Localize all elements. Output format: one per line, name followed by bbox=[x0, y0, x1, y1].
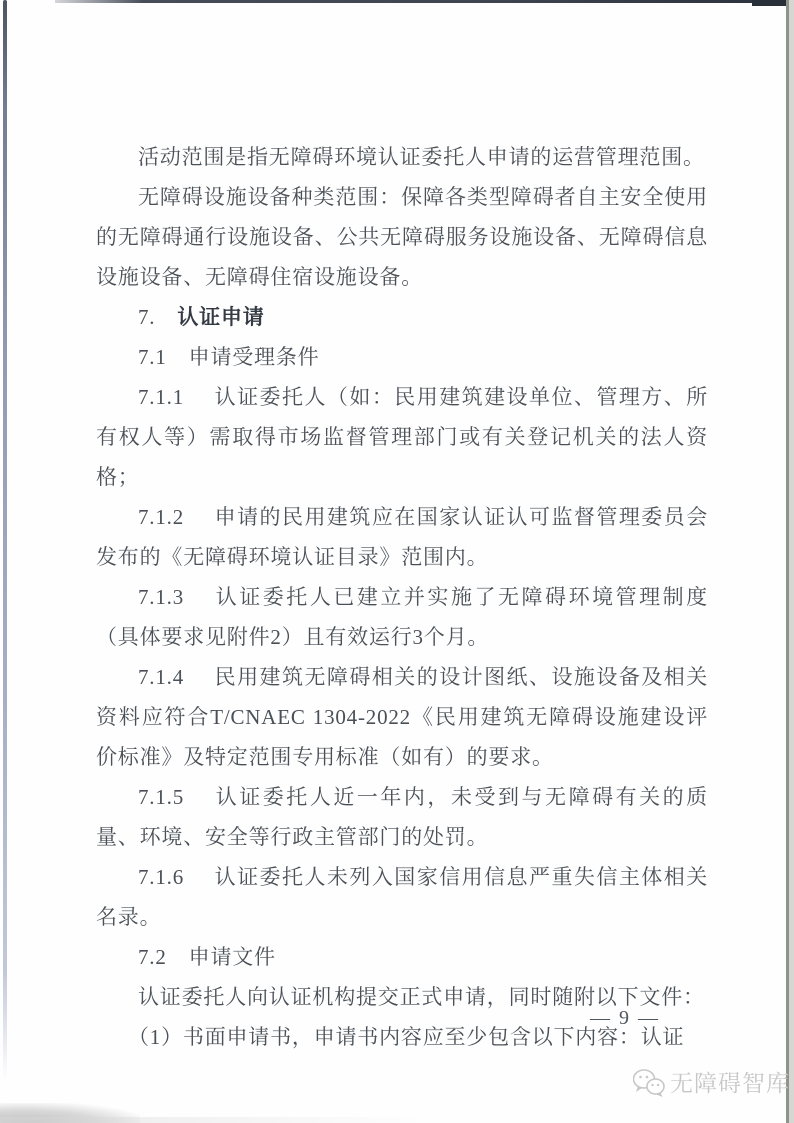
paragraph-text: 认证委托人（如：民用建筑建设单位、管理方、所有权人等）需取得市场监督管理部门或有… bbox=[96, 385, 708, 489]
scanned-document-page: 活动范围是指无障碍环境认证委托人申请的运营管理范围。无障碍设施设备种类范围：保障… bbox=[0, 0, 794, 1123]
paragraph: 7.1.3认证委托人已建立并实施了无障碍环境管理制度（具体要求见附件2）且有效运… bbox=[96, 577, 708, 657]
page-number: — 9 — bbox=[0, 1004, 660, 1032]
paragraph: 7.2申请文件 bbox=[96, 937, 708, 977]
paragraph-text: 认证委托人未列入国家信用信息严重失信主体相关名录。 bbox=[96, 865, 708, 929]
section-number: 7.2 bbox=[138, 945, 167, 969]
paragraph-text: 无障碍设施设备种类范围：保障各类型障碍者自主安全使用的无障碍通行设施设备、公共无… bbox=[96, 185, 708, 289]
watermark: 无障碍智库 bbox=[633, 1066, 790, 1100]
watermark-label: 无障碍智库 bbox=[670, 1066, 790, 1100]
paragraph: 活动范围是指无障碍环境认证委托人申请的运营管理范围。 bbox=[96, 137, 708, 177]
chat-bubbles-icon bbox=[633, 1068, 665, 1098]
paragraph: 7.1.5认证委托人近一年内，未受到与无障碍有关的质量、环境、安全等行政主管部门… bbox=[96, 777, 708, 857]
section-number: 7.1.2 bbox=[138, 505, 184, 529]
scan-strip-right bbox=[789, 0, 794, 1123]
paragraph: 7.1.6认证委托人未列入国家信用信息严重失信主体相关名录。 bbox=[96, 857, 708, 937]
paragraph: 7.1申请受理条件 bbox=[96, 337, 708, 377]
paragraph: 7.1.4民用建筑无障碍相关的设计图纸、设施设备及相关资料应符合T/CNAEC … bbox=[96, 657, 708, 777]
section-number: 7. bbox=[138, 305, 155, 329]
section-number: 7.1.5 bbox=[138, 785, 184, 809]
paragraph-text: 申请受理条件 bbox=[189, 345, 320, 369]
section-number: 7.1 bbox=[138, 345, 167, 369]
paragraph-text: 民用建筑无障碍相关的设计图纸、设施设备及相关资料应符合T/CNAEC 1304-… bbox=[96, 665, 708, 769]
section-number: 7.1.6 bbox=[138, 865, 184, 889]
section-number: 7.1.4 bbox=[138, 665, 184, 689]
paragraph: 7.1.1认证委托人（如：民用建筑建设单位、管理方、所有权人等）需取得市场监督管… bbox=[96, 377, 708, 497]
paragraph-text: 认证申请 bbox=[177, 305, 264, 329]
paragraph-text: 申请文件 bbox=[189, 945, 276, 969]
document-body: 活动范围是指无障碍环境认证委托人申请的运营管理范围。无障碍设施设备种类范围：保障… bbox=[96, 137, 708, 1057]
paragraph-text: 认证委托人已建立并实施了无障碍环境管理制度（具体要求见附件2）且有效运行3个月。 bbox=[96, 585, 708, 649]
section-heading: 7.认证申请 bbox=[96, 297, 708, 337]
section-number: 7.1.1 bbox=[138, 385, 184, 409]
paragraph: 无障碍设施设备种类范围：保障各类型障碍者自主安全使用的无障碍通行设施设备、公共无… bbox=[96, 177, 708, 297]
paragraph-text: 申请的民用建筑应在国家认证认可监督管理委员会发布的《无障碍环境认证目录》范围内。 bbox=[96, 505, 708, 569]
scan-edge-top bbox=[55, 0, 794, 3]
paragraph: 7.1.2申请的民用建筑应在国家认证认可监督管理委员会发布的《无障碍环境认证目录… bbox=[96, 497, 708, 577]
paragraph-text: 活动范围是指无障碍环境认证委托人申请的运营管理范围。 bbox=[138, 145, 705, 169]
section-number: 7.1.3 bbox=[138, 585, 184, 609]
paragraph-text: 认证委托人近一年内，未受到与无障碍有关的质量、环境、安全等行政主管部门的处罚。 bbox=[96, 785, 708, 849]
scan-band-bottom bbox=[0, 1117, 430, 1123]
scan-edge-left bbox=[3, 0, 7, 1080]
